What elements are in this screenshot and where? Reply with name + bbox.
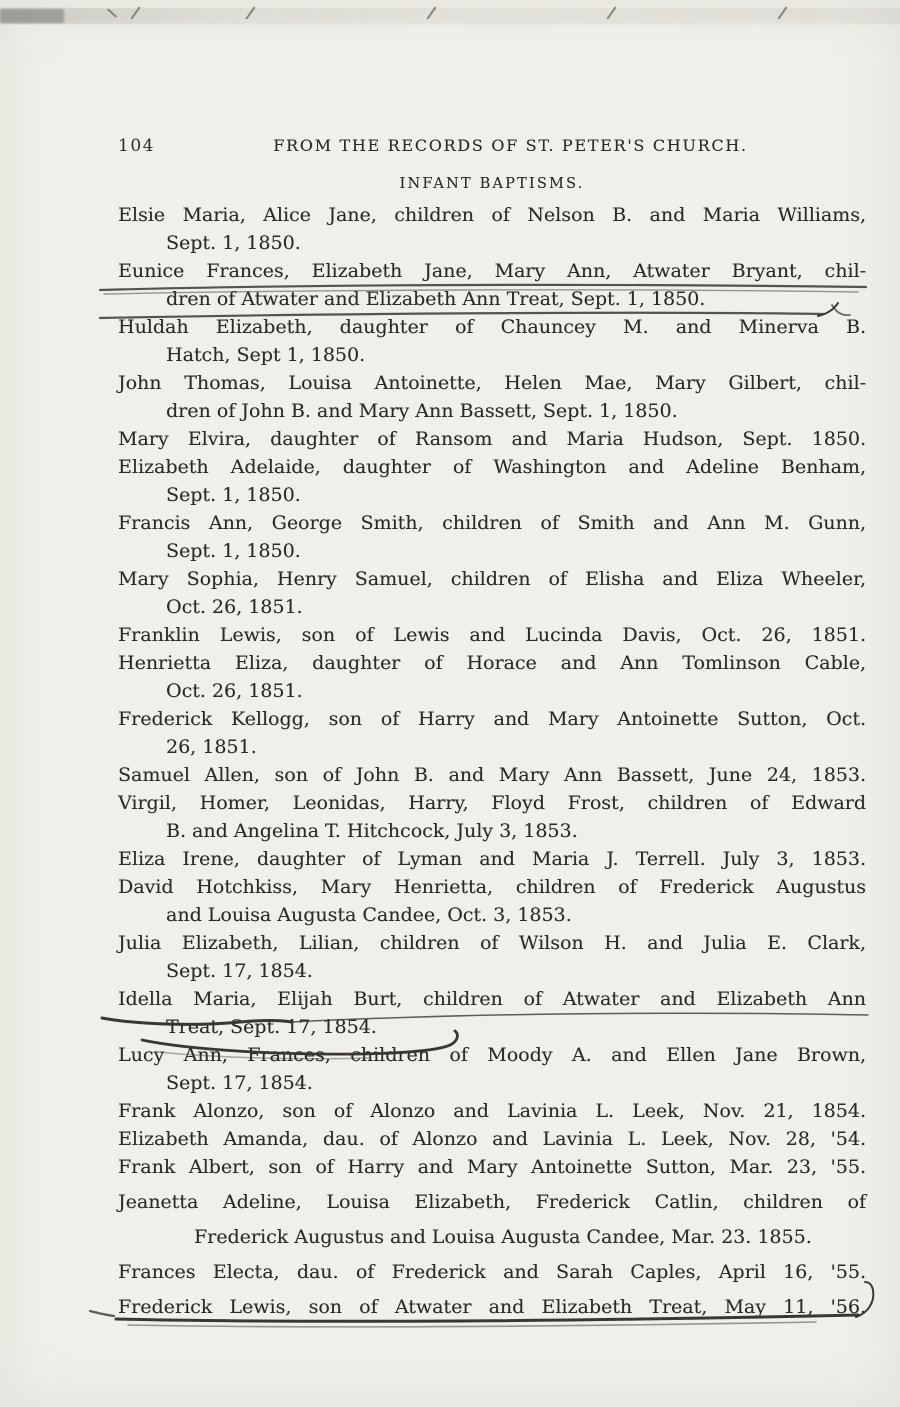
baptism-entry-line-18: Sept. 17, 1854. — [118, 1069, 866, 1097]
baptism-entry-line-2-underlined: dren of Atwater and Elizabeth Ann Treat,… — [118, 285, 866, 313]
baptism-entry-line-17-underlined: Treat, Sept. 17, 1854. — [118, 1013, 866, 1041]
baptism-entry-line-4: dren of John B. and Mary Ann Bassett, Se… — [118, 397, 866, 425]
baptism-entry-line-6: Elizabeth Adelaide, daughter of Washingt… — [118, 453, 866, 481]
baptism-entry-line-5: Mary Elvira, daughter of Ransom and Mari… — [118, 425, 866, 453]
baptism-entry-line-24-underlined: Frederick Lewis, son of Atwater and Eliz… — [118, 1293, 866, 1321]
baptism-entry-line-8: Oct. 26, 1851. — [118, 593, 866, 621]
pen-underline — [128, 1322, 816, 1327]
baptism-entry-line-4: John Thomas, Louisa Antoinette, Helen Ma… — [118, 369, 866, 397]
baptism-entry-line-9: Franklin Lewis, son of Lewis and Lucinda… — [118, 621, 866, 649]
baptism-entry-line-14: Eliza Irene, daughter of Lyman and Maria… — [118, 845, 866, 873]
baptism-entry-line-13: B. and Angelina T. Hitchcock, July 3, 18… — [118, 817, 866, 845]
baptism-entry-line-3: Hatch, Sept 1, 1850. — [118, 341, 866, 369]
baptism-entry-line-7: Sept. 1, 1850. — [118, 537, 866, 565]
page-number: 104 — [118, 136, 155, 156]
baptism-entry-line-13: Virgil, Homer, Leonidas, Harry, Floyd Fr… — [118, 789, 866, 817]
section-title: INFANT BAPTISMS. — [118, 176, 866, 192]
baptism-entry-line-22: Jeanetta Adeline, Louisa Elizabeth, Fred… — [118, 1188, 866, 1216]
baptism-entry-line-2-underlined: Eunice Frances, Elizabeth Jane, Mary Ann… — [118, 257, 866, 285]
baptism-entry-line-10: Henrietta Eliza, daughter of Horace and … — [118, 649, 866, 677]
baptism-entry-line-22: Frederick Augustus and Louisa Augusta Ca… — [118, 1223, 866, 1251]
baptism-entry-line-16: Julia Elizabeth, Lilian, children of Wil… — [118, 929, 866, 957]
baptism-entry-line-15: David Hotchkiss, Mary Henrietta, childre… — [118, 873, 866, 901]
baptism-entry-line-19: Frank Alonzo, son of Alonzo and Lavinia … — [118, 1097, 866, 1125]
baptism-entry-line-11: Frederick Kellogg, son of Harry and Mary… — [118, 705, 866, 733]
baptism-entry-line-8: Mary Sophia, Henry Samuel, children of E… — [118, 565, 866, 593]
scanned-book-page: 104 FROM THE RECORDS OF ST. PETER'S CHUR… — [0, 0, 900, 1407]
baptism-entry-line-7: Francis Ann, George Smith, children of S… — [118, 509, 866, 537]
scan-smudge — [0, 9, 64, 23]
baptism-entry-line-6: Sept. 1, 1850. — [118, 481, 866, 509]
baptism-entry-line-23: Frances Electa, dau. of Frederick and Sa… — [118, 1258, 866, 1286]
baptism-entry-line-12: Samuel Allen, son of John B. and Mary An… — [118, 761, 866, 789]
pen-dash — [90, 1311, 114, 1316]
baptism-entry-line-15: and Louisa Augusta Candee, Oct. 3, 1853. — [118, 901, 866, 929]
baptism-entry-line-3: Huldah Elizabeth, daughter of Chauncey M… — [118, 313, 866, 341]
baptism-entry-line-1: Sept. 1, 1850. — [118, 229, 866, 257]
running-header: 104 FROM THE RECORDS OF ST. PETER'S CHUR… — [118, 136, 866, 156]
baptism-entry-line-1: Elsie Maria, Alice Jane, children of Nel… — [118, 201, 866, 229]
baptism-entry-line-21: Frank Albert, son of Harry and Mary Anto… — [118, 1153, 866, 1181]
running-header-title: FROM THE RECORDS OF ST. PETER'S CHURCH. — [155, 136, 866, 155]
baptism-entry-line-17-underlined: Idella Maria, Elijah Burt, children of A… — [118, 985, 866, 1013]
baptism-entry-line-20: Elizabeth Amanda, dau. of Alonzo and Lav… — [118, 1125, 866, 1153]
baptism-entry-line-18: Lucy Ann, Frances, children of Moody A. … — [118, 1041, 866, 1069]
baptism-entry-line-16: Sept. 17, 1854. — [118, 957, 866, 985]
baptism-entries-list: Elsie Maria, Alice Jane, children of Nel… — [118, 201, 866, 1321]
baptism-entry-line-10: Oct. 26, 1851. — [118, 677, 866, 705]
baptism-entry-line-11: 26, 1851. — [118, 733, 866, 761]
